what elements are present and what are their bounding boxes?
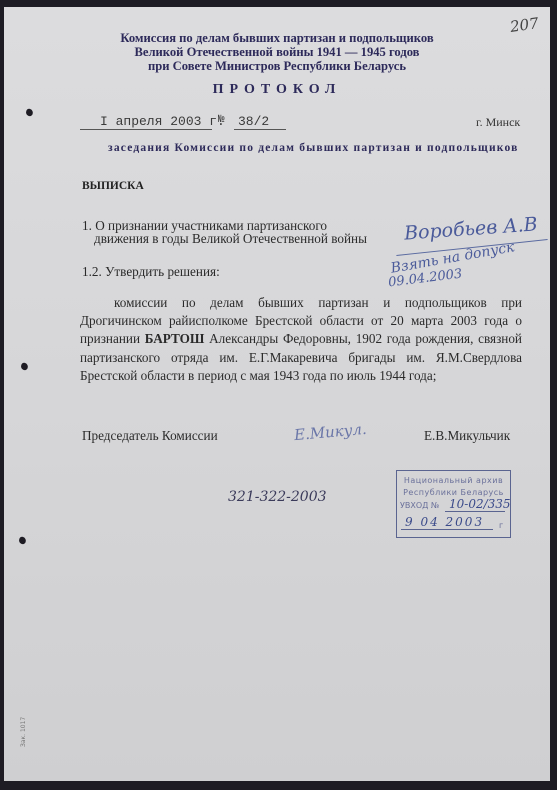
number-underline <box>234 129 286 130</box>
city: г. Минск <box>476 115 520 130</box>
archive-margin-mark: Зак. 1017 <box>20 717 27 747</box>
chairman-role: Председатель Комиссии <box>82 429 218 443</box>
number-label: № <box>218 114 225 126</box>
handwritten-name: Воробьев А.В <box>403 213 538 244</box>
session-line: заседания Комиссии по делам бывших парти… <box>108 142 519 154</box>
header-line-3: при Совете Министров Республики Беларусь <box>4 59 550 73</box>
document-page: 207 Комиссия по делам бывших партизан и … <box>4 7 550 781</box>
punch-hole <box>18 536 27 545</box>
chairman-name: Е.В.Микульчик <box>424 429 510 443</box>
stamp-number-underline <box>445 511 505 512</box>
stamp-date: 9 04 2003 <box>405 515 484 529</box>
protocol-number: 38/2 <box>238 114 269 129</box>
stamp-year-suffix: г <box>499 521 503 530</box>
decision-paragraph: комиссии по делам бывших партизан и подп… <box>80 294 522 385</box>
chairman-signature: Е.Микул. <box>293 420 367 444</box>
person-surname: БАРТОШ <box>145 331 205 346</box>
stamp-date-underline <box>401 529 493 530</box>
reference-number: 321-322-2003 <box>228 489 327 505</box>
extract-label: ВЫПИСКА <box>82 180 144 192</box>
archive-stamp: Национальный архив Республики Беларусь У… <box>396 470 511 538</box>
punch-hole <box>20 362 29 371</box>
punch-hole <box>25 108 34 117</box>
item1-line2: движения в годы Великой Отечественной во… <box>94 232 367 246</box>
stamp-incoming-number: 10-02/335 <box>449 497 511 511</box>
stamp-line1: Национальный архив <box>397 476 510 485</box>
date-underline <box>80 129 212 130</box>
item1-2: 1.2. Утвердить решения: <box>82 265 220 279</box>
header-line-2: Великой Отечественной войны 1941 — 1945 … <box>4 45 550 59</box>
stamp-line3-prefix: УВХОД № <box>400 501 439 510</box>
protocol-date: I апреля 2003 г. <box>100 114 225 129</box>
document-title: ПРОТОКОЛ <box>4 82 550 98</box>
header-line-1: Комиссия по делам бывших партизан и подп… <box>4 31 550 45</box>
stamp-line2: Республики Беларусь <box>397 488 510 497</box>
